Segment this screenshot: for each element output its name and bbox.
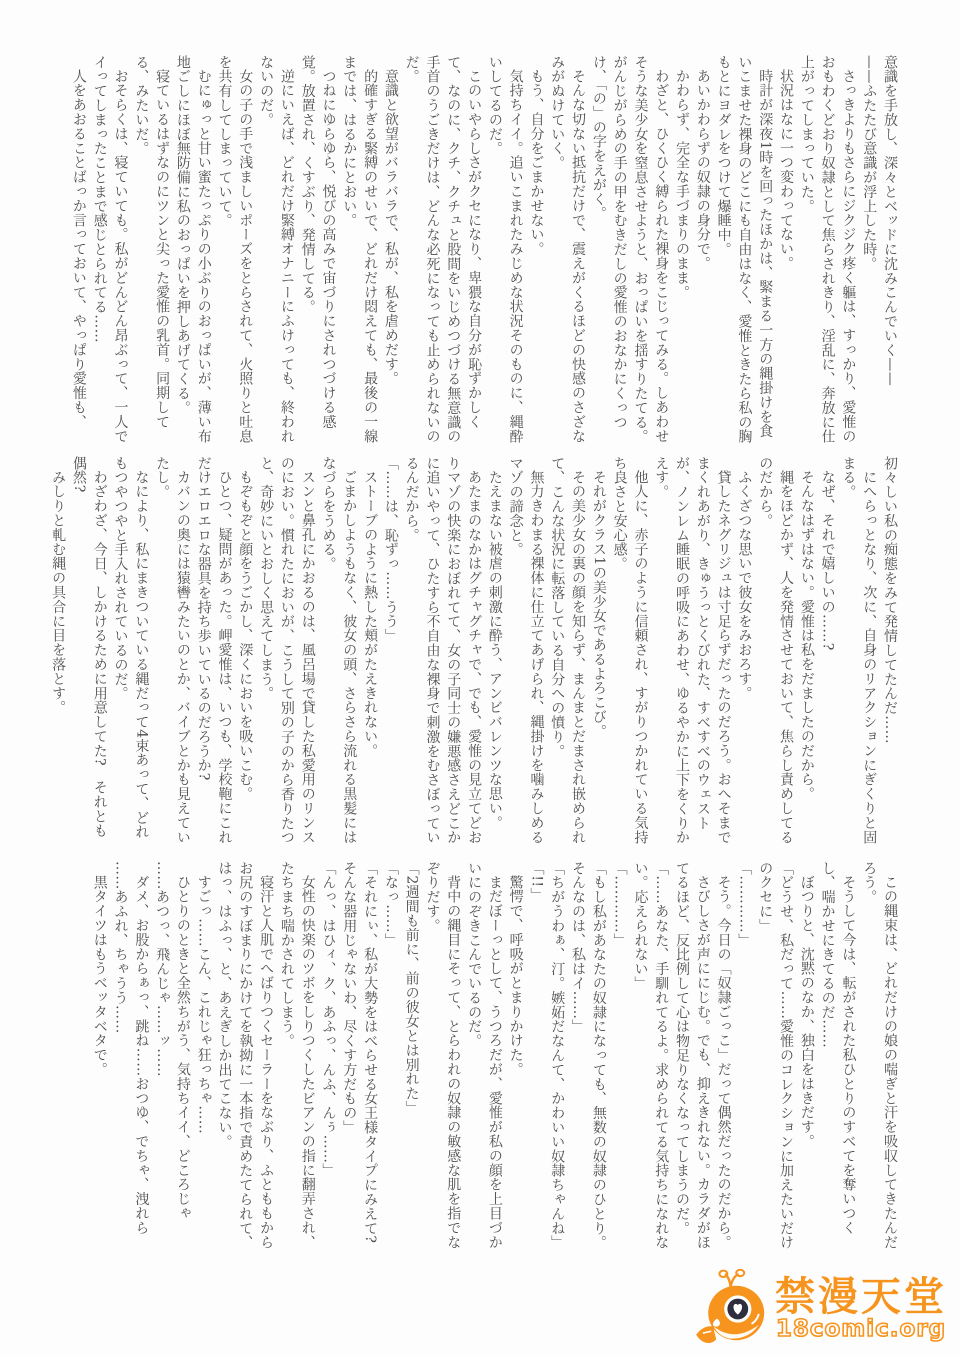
paragraph: 「2週間も前に、前の彼女とは別れた」	[401, 861, 422, 1253]
text-band-1: 意識を手放し、深々とベッドに沈みこんでいく————ふたたび意識が浮上した時。さっ…	[42, 55, 900, 447]
paragraph: 「どうせ、私だって……愛惟のコレクションに加えたいだけのクセに」	[754, 861, 796, 1253]
paragraph: ひとりのときと全然ちがう、気持ちイイ、どころじゃ	[172, 861, 193, 1253]
paragraph: 貸したネグリジュは寸足らずだったのだろう。おへそまでまくれあがり、きゅうっとくび…	[650, 456, 733, 848]
paragraph: むにゅっと甘い蜜たっぷりの小ぶりのおっぱいが、薄い布地ごしにほぼ無防備に私のおっ…	[172, 55, 214, 447]
paragraph: 「……は、恥ずっ……うう」	[380, 456, 401, 848]
whale-mascot-icon	[693, 1269, 773, 1349]
paragraph: なぜ、それで嬉しいの……?	[817, 456, 838, 848]
paragraph: そうして今は、転がされた私ひとりのすべてを奪いつくし、喘かせにきてるのだ……	[817, 861, 859, 1253]
paragraph: ダメ、お股からぁっ、跳ね……おつゆ、でちゃ、洩れら	[131, 861, 152, 1253]
paragraph: すごっ……こん、これじゃ狂っちゃ……	[193, 861, 214, 1253]
paragraph: ……あつっ、飛んじゃ……ッ……	[151, 861, 172, 1253]
paragraph: 黒タイツはもうベッタベタで。	[89, 861, 110, 1253]
paragraph: 「それにぃ、私が大勢をはべらせる女王様タイプにみえて? そんな器用じゃないわ、尽…	[338, 861, 380, 1253]
paragraph: かわらず、完全な手づまりのまま。	[671, 55, 692, 447]
paragraph: 無力きわまる裸体に仕立てあげられ、縄掛けを噛みしめるマゾの諦念と。	[505, 456, 547, 848]
paragraph: 「もし私があなたの奴隷になっても、無数の奴隷のひとり。そんなのは、私はイ……」	[567, 861, 609, 1253]
watermark-site-url: 18comic.org	[776, 1318, 946, 1341]
paragraph: ぼつりと、沈黙のなか、独白をはきだす。	[796, 861, 817, 1253]
paragraph: スンと鼻孔にかおるのは、風呂場で貸した私愛用のリンスのにおい。慣れたにおいが、こ…	[255, 456, 317, 848]
paragraph: そう。今日の「奴隷ごっこ」だって偶然だったのだから。	[713, 861, 734, 1253]
paragraph: ひとつ、疑問があった。岬愛惟は、いつも、学校鞄にこれだけエロエロな器具を持ち歩い…	[193, 456, 235, 848]
paragraph: ストーブのように熱した頬がたえきれない。	[359, 456, 380, 848]
paragraph: みしりと軋む縄の具合に目を落とす。	[47, 456, 68, 848]
paragraph: ——ふたたび意識が浮上した時。	[858, 55, 879, 447]
paragraph: 寝ているはずなのにツンと尖った愛惟の乳首。同期してる、みたいだ。	[131, 55, 173, 447]
paragraph: それがクラス1の美少女であるよろこび。	[588, 456, 609, 848]
paragraph: カバンの奥には猿轡みたいのとか、バイブとかも見えていたし。	[151, 456, 193, 848]
paragraph: あたまのなかはグチャグチャで、でも、愛惟の見立てどおりマゾの快楽におぼれてて、女…	[401, 456, 484, 848]
paragraph: なにより、私にまきついている縄だって4束あって、どれもつやつやと手入れされている…	[110, 456, 152, 848]
paragraph: 背中の縄目にそって、とらわれの奴隷の敏感な肌を指でなぞりだす。	[422, 861, 464, 1253]
paragraph: 初々しい私の痴態をみて発情してたんだ……	[879, 456, 900, 848]
paragraph: 寝汗と人肌でへばりつくセーラーをなぶり、ふとももからお尻のすぼまりにかけてを執拗…	[214, 861, 276, 1253]
paragraph: さっきよりもさらにジクジク疼く軀は、すっかり、愛惟のおもわくどおり奴隷として焦ら…	[796, 55, 858, 447]
paragraph: その美少女の裏の顔を知らず、まんまとだまされ嵌められて、こんな状況に転落している…	[546, 456, 588, 848]
novel-page: 意識を手放し、深々とベッドに沈みこんでいく————ふたたび意識が浮上した時。さっ…	[0, 0, 960, 1355]
paragraph: 「…………」	[734, 861, 755, 1253]
paragraph: わざと、ひくひく縛られた裸身をこじってみる。しあわせそうな美少女を窒息させようと…	[588, 55, 671, 447]
paragraph: 縄をほどかず、人を発情させておいて、焦らし責めしてるのだから。	[754, 456, 796, 848]
paragraph: そんな切ない抵抗だけで、震えがくるほどの快感のさざなみがぬけていく。	[546, 55, 588, 447]
paragraph: おそらくは、寝ていても。私がどんどん昂ぶって、一人でイってしまったことまで感じと…	[89, 55, 131, 447]
paragraph: 「なっ……」	[380, 861, 401, 1253]
paragraph: 他人に、赤子のように信頼され、すがりつかれている気持ち良さと安心感。	[609, 456, 651, 848]
paragraph: わざわざ、今日、しかけるために用意してた? それとも偶然?	[68, 456, 110, 848]
paragraph: 女性の快楽のツボをしりつくしたビアンの指に翻弄され、たちまち喘かされてしまう。	[276, 861, 318, 1253]
paragraph: 女の子の手で浅ましいポーズをとらされて、火照りと吐息を共有してしまっていて。	[214, 55, 256, 447]
paragraph: 「……あなた、手馴れてるよ。求められてる気持ちになれない。応えられない」	[630, 861, 672, 1253]
paragraph: もう、自分をごまかせない。	[526, 55, 547, 447]
paragraph: つねにゆらゆら、悦びの高みで宙づりにされつづける感覚。放置され、くすぶり、発情し…	[297, 55, 339, 447]
paragraph: 気持ちイイ。追いこまれたみじめな状況そのものに、縄酔いしてるのだ。	[484, 55, 526, 447]
paragraph: この縄束は、どれだけの娘の喘ぎと汗を吸収してきたんだろう。	[858, 861, 900, 1253]
paragraph: 「…………」	[609, 861, 630, 1253]
paragraph: このいやらしさがクセになり、卑猥な自分が恥ずかしくて、なのに、クチ、クチュと股間…	[401, 55, 484, 447]
paragraph: 逆にいえば、どれだけ緊縛オナニーにふけっても、終われないのだ。	[255, 55, 297, 447]
text-band-2: 初々しい私の痴態をみて発情してたんだ……にへらっとなり、次に、自身のリアクション…	[42, 456, 900, 848]
paragraph: 状況はなに一つ変わってない。	[775, 55, 796, 447]
paragraph: そんなはずはない。愛惟は私をだましたのだから。	[796, 456, 817, 848]
paragraph: にへらっとなり、次に、自身のリアクションにぎくりと固まる。	[838, 456, 880, 848]
paragraph: 「んっ、はひィ、ク、あふっ、んふ、んぅ……」	[318, 861, 339, 1253]
paragraph: さびしさが声ににじむ。でも、抑えきれない。カラダがほてるほど、反比例して心は物足…	[671, 861, 713, 1253]
paragraph: 「!!」	[526, 861, 547, 1253]
paragraph: ……あふれ、ちゃうう……	[110, 861, 131, 1253]
paragraph: 的確すぎる緊縛のせいで、どれだけ悶えても、最後の一線までは、はるかにとおい。	[338, 55, 380, 447]
paragraph: ふくざつな思いで彼女をみおろす。	[734, 456, 755, 848]
paragraph: たえまない被虐の刺激に酔う、アンビバレンツな思い。	[484, 456, 505, 848]
paragraph: あいかわらずの奴隷の身分で。	[692, 55, 713, 447]
paragraph: ごまかしようもなく、彼女の頭、さらさら流れる黒髪にはなづらをうめる。	[318, 456, 360, 848]
paragraph: 人をあおることばっか言っておいて、やっぱり愛惟も、	[68, 55, 89, 447]
watermark-logo: 禁漫天堂 18comic.org	[693, 1267, 955, 1351]
text-band-3: この縄束は、どれだけの娘の喘ぎと汗を吸収してきたんだろう。そうして今は、転がされ…	[42, 861, 900, 1253]
paragraph: もぞもぞと顔をうごかし、深くにおいを吸いこむ。	[235, 456, 256, 848]
watermark-text: 禁漫天堂 18comic.org	[775, 1277, 947, 1341]
watermark-site-name: 禁漫天堂	[775, 1277, 947, 1317]
paragraph: 「ちがうわぁ、汀。嫉妬だなんて、かわいい奴隷ちゃんね」	[546, 861, 567, 1253]
paragraph: まだぼーっとして、うつろだが、愛惟が私の顔を上目づかいにのぞきこんでいるのだ。	[463, 861, 505, 1253]
paragraph: 意識を手放し、深々とベッドに沈みこんでいく——	[879, 55, 900, 447]
paragraph: 意識と欲望がバラバラで、私が、私を虐めだす。	[380, 55, 401, 447]
paragraph: 時計が深夜1時を回ったほかは、緊まる一方の縄掛けを食いこませた裸身のどこにも自由…	[713, 55, 775, 447]
paragraph: 驚愕で、呼吸がとまりかけた。	[505, 861, 526, 1253]
